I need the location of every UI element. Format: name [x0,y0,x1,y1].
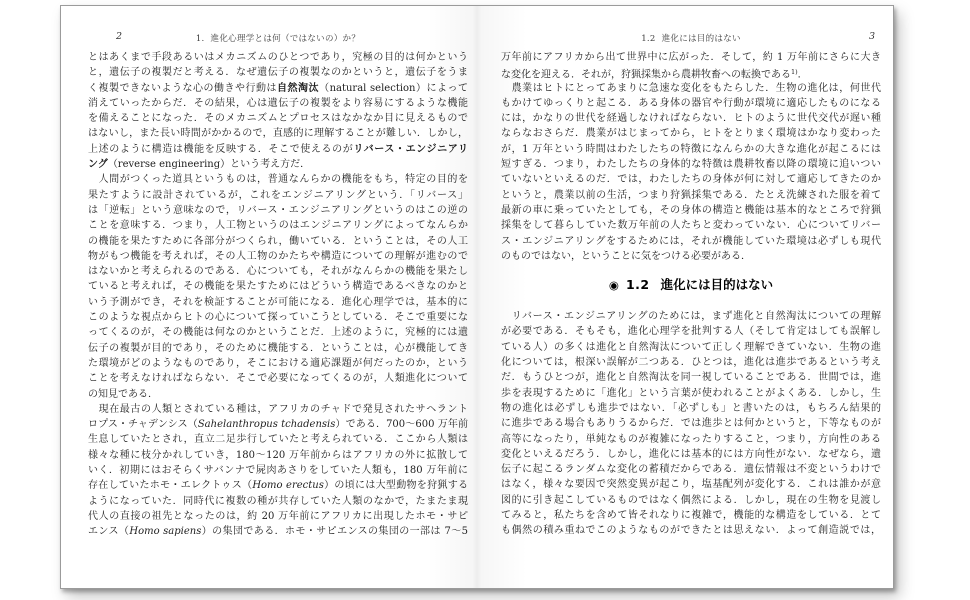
text-line: ロプス・チャデンシス（Sahelanthropus tchadensis）である… [88,417,468,432]
text-line: ング（reverse engineering）という考え方だ． [88,157,468,172]
book-page-left: 2 1. 進化心理学とは何（ではないの）か？ とはあくまで手段あるいはメカニズム… [61,6,476,588]
book-page-right: 3 1.2 進化には目的はない 万年前にアフリカから出て世界中に広がった．そして… [476,6,891,588]
text-line: も偶然の積み重ねでこのようなものができたとは思えない．よって創造説では， [501,523,881,538]
page-body: 万年前にアフリカから出て世界中に広がった．そして，約 1 万年前にさらに大きな変… [501,50,881,539]
text-line: に進歩である場合もありうるからだ．では進歩とは何かというと，下等なものが [501,416,881,431]
text-line: ている人）の多くは進化と自然淘汰について正しく理解できていない．生物の進 [501,340,881,355]
running-header-title-left: 1. 進化心理学とは何（ではないの）か？ [88,32,468,44]
text-line: とはあくまで手段あるいはメカニズムのひとつであり，究極の目的は何かという [88,50,468,65]
text-line: のものではない，ということに気をつける必要がある． [501,249,881,264]
section-number: 1.2 [626,277,650,292]
text-line: を備えることになった．そのメカニズムとプロセスはなかなか目に見えるもので [88,111,468,126]
text-line: 消えていったからだ．その結果，心は遺伝子の複製をより容易にするような機能 [88,96,468,111]
text-line: いく．初期にはおそらくサバンナで屍肉あさりをしていた人類も，180 万年前に [88,463,468,478]
text-line: 上述のように構造は機能を反映する．そこで使えるのがリバース・エンジニアリ [88,142,468,157]
text-line: が必要である．そもそも，進化心理学を批判する人（そして肯定はしても誤解し [501,324,881,339]
text-line: 化については，根深い誤解が二つある．ひとつは，進化は進歩であるという考え [501,355,881,370]
text-line: だ．もうひとつが，進化と自然淘汰を同一視していることである．世間では，進 [501,370,881,385]
text-line: てみると，私たちを含めて皆それなりに複雑で，機能的な構造をしている．とて [501,508,881,523]
text-line: 伝子の複製が目的であり，そのために機能する．ということは，心が機能してき [88,341,468,356]
text-line: と，遺伝子の複製だと考える．なぜ遺伝子の複製なのかというと，遺伝子をうま [88,65,468,80]
text-line: 万年前にアフリカから出て世界中に広がった．そして，約 1 万年前にさらに大き [501,50,881,65]
text-line: た環境がどのようなものであり，そこにおける適応課題が何だったのか，という [88,356,468,371]
page-number-right: 3 [869,31,875,42]
open-book-spread: 2 1. 進化心理学とは何（ではないの）か？ とはあくまで手段あるいはメカニズム… [60,5,894,589]
text-line: な変化を迎える．それが，狩猟採集から農耕牧畜への転換である1)． [501,65,881,80]
text-line: ていると考えれば，その機能を果たすためにはどういう構造であるべきなのかと [88,279,468,294]
text-line: このような視点からヒトの心について探っていこうとしている．そこで重要にな [88,310,468,325]
page-body: とはあくまで手段あるいはメカニズムのひとつであり，究極の目的は何かというと，遺伝… [88,50,468,540]
text-line: エンス（Homo sapiens）の集団である．ホモ・サピエンスの集団の一部は … [88,524,468,539]
text-line: 物の進化は必ずしも進歩ではない．「必ずしも」と書いたのは，もちろん結果的 [501,401,881,416]
text-line: いう予測ができ，それを検証することが可能になる．進化心理学では，基本的に [88,295,468,310]
text-line: ことを考えなければならない．そこで必要になってくるのが，人類進化について [88,371,468,386]
text-line: ス・エンジニアリングをするためには，それが機能していた環境は必ずしも現代 [501,234,881,249]
text-line: 採集をして暮らしていた数万年前の人たちと変わっていない．心についてリバー [501,218,881,233]
text-line: が，1 万年という時間はわたしたちの特徴になんらかの大きな進化が起こるには [501,142,881,157]
text-line: 図的に引き起こしているものではなく偶然による．しかし，現在の生物を見渡し [501,493,881,508]
section-bullet-icon: ◉ [609,278,619,292]
running-header-left: 2 1. 進化心理学とは何（ではないの）か？ [88,32,468,45]
text-line: ならなおさらだ．農業がはじまってから，ヒトをとりまく環境はかなり変わった [501,126,881,141]
text-line: 短すぎる．つまり，わたしたちの身体的な特徴は農耕牧畜以降の環境に追いつい [501,157,881,172]
text-line: 物がもつ機能を考えれば，その人工物のかたちや構造についての理解が進むので [88,249,468,264]
text-line: く複製できないような心の働きや行動は自然淘汰（natural selection… [88,81,468,96]
text-line: 農業はヒトにとってあまりに急速な変化をもたらした．生物の進化は，何世代 [501,81,881,96]
book-reader-canvas: 2 1. 進化心理学とは何（ではないの）か？ とはあくまで手段あるいはメカニズム… [0,0,970,600]
text-line: の知見である． [88,387,468,402]
text-line: もかけてゆっくりと起こる．ある身体の器官や行動が環境に適応したものになる [501,96,881,111]
text-line: の機能を果たすために各部分がつくられ，働いている．ということは，その人工 [88,234,468,249]
text-line: には，かなりの世代を経過しなければならない．ヒトのように世代交代が遅い種 [501,111,881,126]
text-line: リバース・エンジニアリングのためには，まず進化と自然淘汰についての理解 [501,309,881,324]
text-line: 高等になったり，単純なものが複雑になったりすること，つまり，方向性のある [501,432,881,447]
text-line: 現在最古の人類とされている種は，アフリカのチャドで発見されたサヘラント [88,402,468,417]
text-line: はなく，様々な要因で突然変異が起こり，塩基配列が変化する．これは誰かが意 [501,477,881,492]
text-line: 代人の直接の祖先となったのは，約 20 万年前にアフリカに出現したホモ・サピ [88,509,468,524]
text-line: 歩を表現するために「進化」という言葉が使われることがよくある．しかし，生 [501,386,881,401]
text-line: はないかと考えられるのである．心についても，それがなんらかの機能を果たし [88,264,468,279]
text-line: ことを意味する．つまり，人工物というのはエンジニアリングによってなんらか [88,218,468,233]
running-header-title-right: 1.2 進化には目的はない [501,32,881,44]
text-line: はないし，また長い時間がかかるので，直感的に理解することが難しい．しかし， [88,126,468,141]
running-header-right: 3 1.2 進化には目的はない [501,32,881,45]
text-line: 最新の車に乗っていたとしても，その身体の構造と機能は基本的なところで狩猟 [501,203,881,218]
page-number-left: 2 [116,31,122,42]
text-line: というと，農業以前の生活，つまり狩猟採集である．たとえ洗練された服を着て [501,188,881,203]
section-title: 進化には目的はない [661,277,774,292]
text-line: 存在していたホモ・エレクトゥス（Homo erectus）の頃には大型動物を狩猟… [88,478,468,493]
text-line: 伝子に起こるランダムな変化の蓄積だからである．遺伝情報は不変というわけで [501,462,881,477]
text-line: 生息していたとされ，直立二足歩行していたと考えられている．ここから人類は [88,432,468,447]
section-heading: ◉1.2進化には目的はない [501,276,881,294]
text-line: ていないといえるのだ．では，わたしたちの身体が何に対して適応してきたのか [501,172,881,187]
text-line: 様々な種に枝分かれしていき，180〜120 万年前からはアフリカの外に拡散して [88,448,468,463]
text-line: は「逆転」という意味なので，リバース・エンジニアリングというのはこの逆の [88,203,468,218]
text-line: 果たすように設計されているが，これをエンジニアリングという．「リバース」 [88,188,468,203]
text-line: 変化といえるだろう．しかし，進化には基本的には方向性がない．なぜなら，遺 [501,447,881,462]
text-line: 人間がつくった道具というものは，普通なんらかの機能をもち，特定の目的を [88,172,468,187]
text-line: ってくるのが，その機能は何なのかということだ．上述のように，究極的には遺 [88,325,468,340]
text-line: ようになっていた．同時代に複数の種が共存していた人類のなかで，たまたま現 [88,494,468,509]
